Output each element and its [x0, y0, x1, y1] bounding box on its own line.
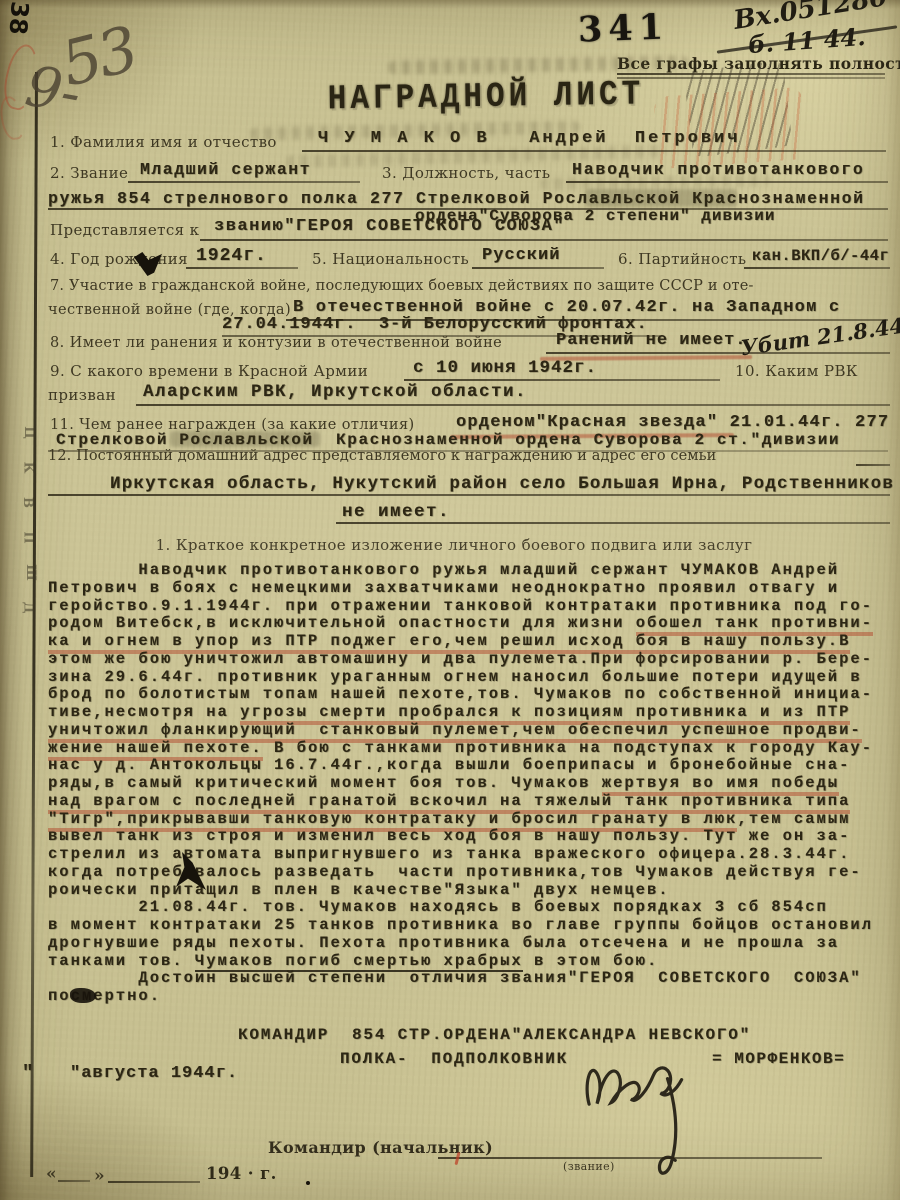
field-prev-awards-value: орденом"Красная звезда" 21.01.44г. 277: [456, 413, 889, 432]
field-nationality-label: 5. Национальность: [312, 250, 469, 268]
ink-dot: [306, 1181, 310, 1185]
presented-value: званию"ГЕРОЯ СОВЕТСКОГО СОЮЗА": [214, 217, 565, 236]
field-address-label: 12. Постоянный домашний адрес представля…: [48, 448, 716, 464]
overstrike-smudge: [170, 431, 320, 447]
left-margin-rule: [30, 72, 37, 1177]
field-birthyear-value: 1924г.: [196, 246, 267, 266]
field-surname-value: Ч У М А К О В Андрей Петрович: [318, 129, 740, 148]
field-nationality-value: Русский: [482, 246, 560, 265]
feat-section-heading: 1. Краткое конкретное изложение личного …: [144, 536, 764, 554]
feat-body: Наводчик противотанкового ружья младший …: [48, 561, 900, 1005]
field-rank-label: 2. Звание: [50, 164, 128, 182]
rank-hint-label: (звание): [563, 1160, 615, 1173]
field-rvk-label2: призван: [48, 386, 116, 404]
award-sheet-page: ЦКВПШД 38 53 9- 341 Вх.051280 б. 11 44. …: [0, 0, 900, 1200]
field-party-label: 6. Партийность: [618, 250, 747, 268]
red-pencil-scribble: [654, 87, 807, 169]
corner-page-number: 38: [4, 0, 34, 35]
presented-label: Представляется к: [50, 221, 199, 239]
field-party-value: кан.ВКП/б/-44г: [752, 247, 889, 265]
pencil-archive-note-9: 9-: [21, 54, 86, 127]
stamp-number: 341: [577, 6, 669, 50]
field-position-value: Наводчик противотанкового: [572, 160, 865, 179]
field-army-since-label: 9. С какого времени в Красной Армии: [50, 362, 368, 380]
field-rvk-label: 10. Каким РВК: [735, 362, 858, 380]
field-rvk-value: Аларским РВК, Иркутской области.: [143, 382, 527, 402]
commander-title-line2: ПОЛКА- ПОДПОЛКОВНИК: [340, 1050, 568, 1068]
field-address-value2: не имеет.: [342, 502, 450, 522]
field-birthyear-label: 4. Год рождения: [50, 250, 188, 268]
ink-blot: [70, 988, 96, 1003]
year-blank: 194 · г.: [206, 1164, 277, 1183]
field-army-since-value: с 10 июня 1942г.: [413, 358, 597, 378]
field-war-label1: 7. Участие в гражданской войне, последую…: [50, 278, 754, 294]
field-position-value2: ружья 854 стрелнового полка 277 Стрелков…: [48, 189, 865, 208]
field-wounds-value: Ранений не имеет.: [556, 331, 746, 350]
commander-name: = МОРФЕНКОВ=: [712, 1050, 845, 1068]
page-title: НАГРАДНОЙ ЛИСТ: [268, 74, 704, 120]
field-wounds-label: 8. Имеет ли ранения и контузии в отечест…: [50, 335, 502, 351]
date-quote-open: «: [46, 1164, 57, 1184]
field-surname-label: 1. Фамилия имя и отчество: [50, 133, 277, 151]
overstrike-smudge: [585, 189, 737, 207]
date-quote-close: »: [94, 1166, 105, 1186]
date-august-1944: "августа 1944г.: [70, 1064, 238, 1083]
field-address-value1: Иркутская область, Нукутский район село …: [110, 474, 894, 494]
field-position-label: 3. Должность, часть: [382, 164, 550, 182]
field-rank-value: Младший сержант: [140, 160, 311, 179]
left-quote-mark: ": [22, 1062, 33, 1084]
